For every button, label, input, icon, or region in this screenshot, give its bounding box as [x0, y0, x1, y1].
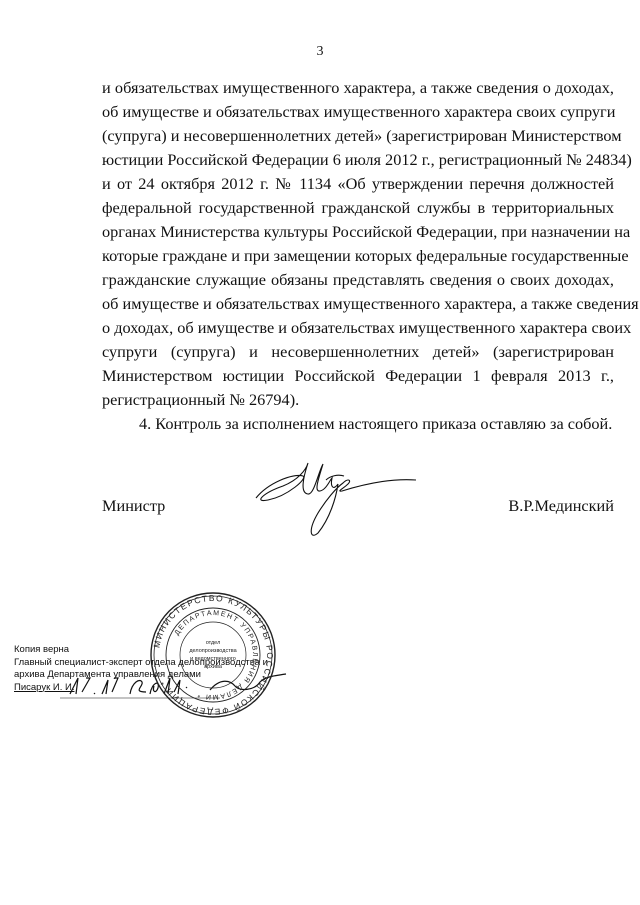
svg-text:и ведомственного: и ведомственного	[190, 656, 236, 662]
text-line: и обязательствах имущественного характер…	[102, 76, 614, 100]
svg-text:архива: архива	[204, 664, 223, 670]
text-line: федеральной государственной гражданской …	[102, 196, 614, 220]
document-body: и обязательствах имущественного характер…	[102, 76, 614, 436]
text-line: юстиции Российской Федерации 6 июля 2012…	[102, 148, 614, 172]
text-line: которые граждане и при замещении которых…	[102, 244, 614, 268]
signer-name: В.Р.Мединский	[508, 496, 614, 516]
text-line: и от 24 октября 2012 г. № 1134 «Об утвер…	[102, 172, 614, 196]
svg-text:ДЕПАРТАМЕНТ УПРАВЛЕНИЯ ДЕЛАМИ: ДЕПАРТАМЕНТ УПРАВЛЕНИЯ ДЕЛАМИ *	[174, 610, 258, 700]
svg-text:отдел: отдел	[206, 640, 221, 646]
text-line: регистрационный № 26794).	[102, 388, 614, 412]
text-line: супруги (супруга) и несовершеннолетних д…	[102, 340, 614, 364]
text-line: об имуществе и обязательствах имуществен…	[102, 100, 614, 124]
text-line: гражданские служащие обязаны представлят…	[102, 268, 614, 292]
paragraph-4: 4. Контроль за исполнением настоящего пр…	[102, 412, 614, 436]
signer-title: Министр	[102, 496, 165, 516]
official-stamp-icon: МИНИСТЕРСТВО КУЛЬТУРЫ РОССИЙСКОЙ ФЕДЕРАЦ…	[148, 590, 278, 720]
text-line: об имуществе и обязательствах имуществен…	[102, 292, 614, 316]
text-line: (супруга) и несовершеннолетних детей» (з…	[102, 124, 614, 148]
text-line: о доходах, об имуществе и обязательствах…	[102, 316, 614, 340]
text-line: Министерством юстиции Российской Федерац…	[102, 364, 614, 388]
page-number: 3	[0, 44, 640, 60]
svg-text:делопроизводства: делопроизводства	[189, 648, 237, 654]
text-line: органах Министерства культуры Российской…	[102, 220, 614, 244]
handwritten-signature-icon	[248, 458, 418, 543]
